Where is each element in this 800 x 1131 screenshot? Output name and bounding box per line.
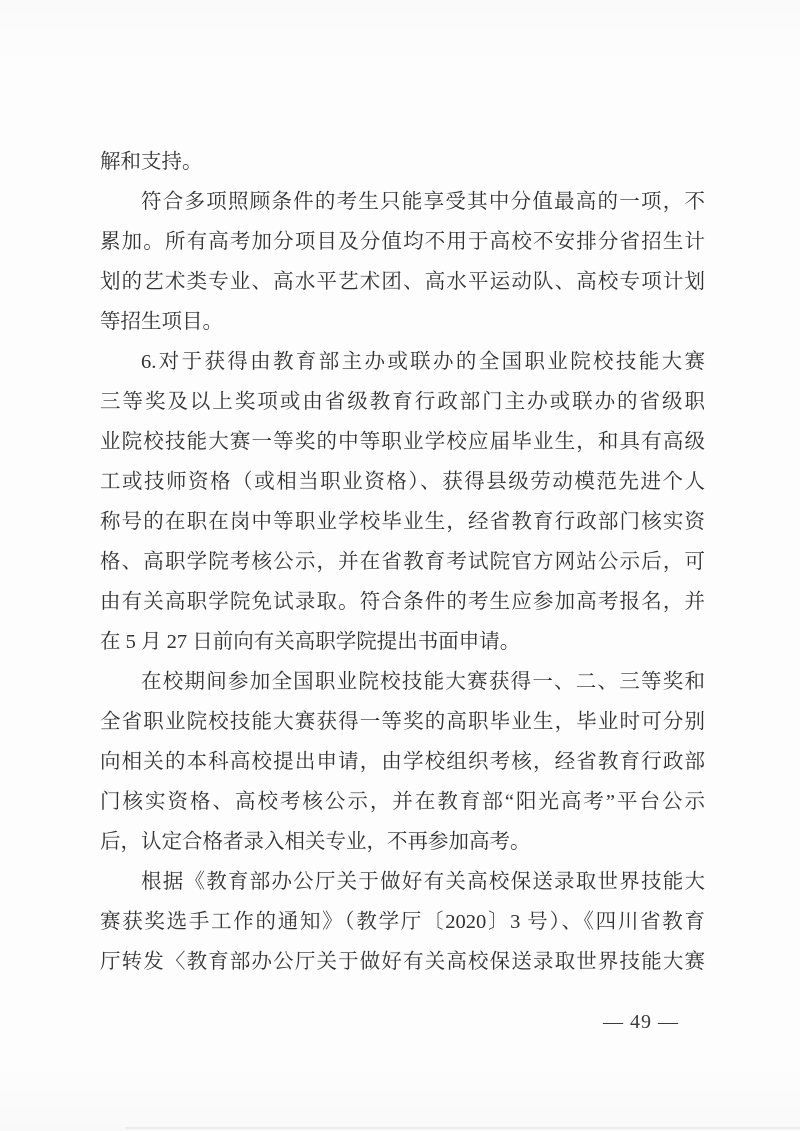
text-line: 解和支持。 (100, 142, 705, 182)
paragraph: 根据《教育部办公厅关于做好有关高校保送录取世界技能大 赛获奖选手工作的通知》（教… (100, 862, 705, 982)
text-line: 厅转发〈教育部办公厅关于做好有关高校保送录取世界技能大赛 (100, 942, 705, 982)
text-line: 业院校技能大赛一等奖的中等职业学校应届毕业生，和具有高级 (100, 422, 705, 462)
text-line: 在 5 月 27 日前向有关高职学院提出书面申请。 (100, 622, 705, 662)
document-page: 解和支持。 符合多项照顾条件的考生只能享受其中分值最高的一项，不 累加。所有高考… (0, 0, 800, 1131)
text-line: 赛获奖选手工作的通知》（教学厅〔2020〕3 号）、《四川省教育 (100, 902, 705, 942)
text-line: 由有关高职学院免试录取。符合条件的考生应参加高考报名，并 (100, 582, 705, 622)
text-line: 向相关的本科高校提出申请，由学校组织考核，经省教育行政部 (100, 742, 705, 782)
text-line: 在校期间参加全国职业院校技能大赛获得一、二、三等奖和 (100, 662, 705, 702)
paragraph: 在校期间参加全国职业院校技能大赛获得一、二、三等奖和 全省职业院校技能大赛获得一… (100, 662, 705, 862)
text-line: 工或技师资格（或相当职业资格）、获得县级劳动模范先进个人 (100, 462, 705, 502)
text-line: 划的艺术类专业、高水平艺术团、高水平运动队、高校专项计划 (100, 262, 705, 302)
text-line: 三等奖及以上奖项或由省级教育行政部门主办或联办的省级职 (100, 382, 705, 422)
text-line: 全省职业院校技能大赛获得一等奖的高职毕业生，毕业时可分别 (100, 702, 705, 742)
paragraph: 6.对于获得由教育部主办或联办的全国职业院校技能大赛 三等奖及以上奖项或由省级教… (100, 342, 705, 662)
text-line: 根据《教育部办公厅关于做好有关高校保送录取世界技能大 (100, 862, 705, 902)
text-line: 格、高职学院考核公示，并在省教育考试院官方网站公示后，可 (100, 542, 705, 582)
text-line: 累加。所有高考加分项目及分值均不用于高校不安排分省招生计 (100, 222, 705, 262)
document-body: 解和支持。 符合多项照顾条件的考生只能享受其中分值最高的一项，不 累加。所有高考… (100, 142, 705, 982)
text-line: 门核实资格、高校考核公示，并在教育部“阳光高考”平台公示 (100, 782, 705, 822)
paragraph: 解和支持。 (100, 142, 705, 182)
scan-edge-artifact (125, 1127, 800, 1129)
text-line: 等招生项目。 (100, 302, 705, 342)
text-line: 称号的在职在岗中等职业学校毕业生，经省教育行政部门核实资 (100, 502, 705, 542)
text-line: 符合多项照顾条件的考生只能享受其中分值最高的一项，不 (100, 182, 705, 222)
page-number: — 49 — (603, 1008, 679, 1036)
text-line: 6.对于获得由教育部主办或联办的全国职业院校技能大赛 (100, 342, 705, 382)
text-line: 后，认定合格者录入相关专业，不再参加高考。 (100, 822, 705, 862)
paragraph: 符合多项照顾条件的考生只能享受其中分值最高的一项，不 累加。所有高考加分项目及分… (100, 182, 705, 342)
